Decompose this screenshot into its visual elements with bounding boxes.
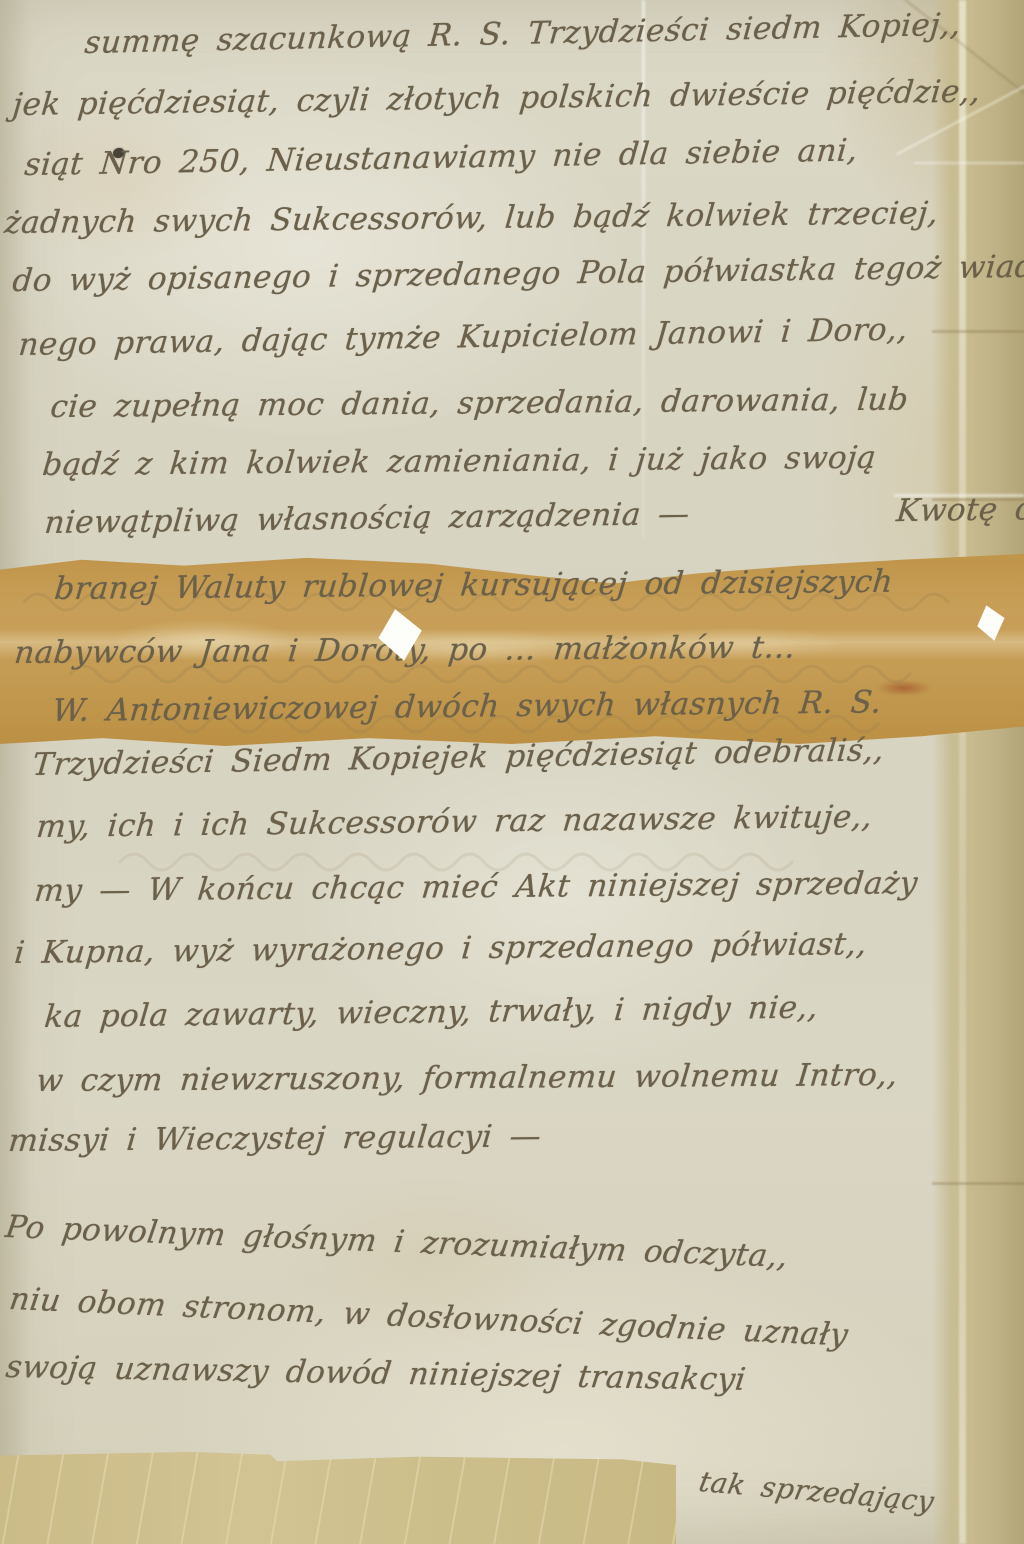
- handwritten-line: ka pola zawarty, wieczny, trwały, i nigd…: [43, 993, 819, 1033]
- bottom-stain-patch: [0, 1450, 676, 1544]
- handwritten-line: summę szacunkową R. S. Trzydzieści siedm…: [83, 10, 962, 59]
- handwritten-line: nego prawa, dając tymże Kupicielom Janow…: [17, 314, 909, 361]
- handwritten-line: jek pięćdziesiąt, czyli złotych polskich…: [11, 76, 982, 121]
- handwritten-line: my — W końcu chcąc mieć Akt niniejszej s…: [33, 868, 919, 907]
- handwritten-line: missyi i Wieczystej regulacyi —: [7, 1121, 543, 1157]
- handwritten-line: do wyż opisanego i sprzedanego Pola półw…: [11, 251, 1024, 297]
- handwritten-line: bądź z kim kolwiek zamieniania, i już ja…: [41, 443, 877, 481]
- tape-strip-right: [932, 0, 1024, 1544]
- handwritten-line: w czym niewzruszony, formalnemu wolnemu …: [35, 1060, 899, 1097]
- fold-crease-horizontal: [914, 162, 1024, 164]
- handwritten-line: Po powolnym głośnym i zrozumiałym odczyt…: [4, 1212, 791, 1273]
- handwritten-line: W. Antoniewiczowej dwóch swych własnych …: [51, 687, 883, 727]
- manuscript-page: summę szacunkową R. S. Trzydzieści siedm…: [0, 0, 1024, 1544]
- handwritten-line: niu obom stronom, w dosłowności zgodnie …: [7, 1284, 850, 1351]
- handwritten-line: cie zupełną moc dania, sprzedania, darow…: [49, 385, 910, 424]
- handwritten-line: swoją uznawszy dowód niniejszej transakc…: [4, 1352, 747, 1396]
- handwritten-line: branej Waluty rublowej kursującej od dzi…: [53, 567, 894, 605]
- handwritten-line: siąt Nro 250, Nieustanawiamy nie dla sie…: [23, 135, 859, 181]
- handwritten-line: tak sprzedający: [697, 1468, 937, 1516]
- tape-joint: [932, 1182, 1024, 1185]
- handwritten-line: niewątpliwą własnością zarządzenia — Kwo…: [43, 493, 1024, 539]
- handwritten-line: i Kupna, wyż wyrażonego i sprzedanego pó…: [13, 929, 868, 969]
- handwritten-line: żadnych swych Sukcessorów, lub bądź kolw…: [3, 198, 940, 239]
- tape-crease-highlight: [959, 0, 966, 1544]
- tape-joint: [932, 330, 1024, 333]
